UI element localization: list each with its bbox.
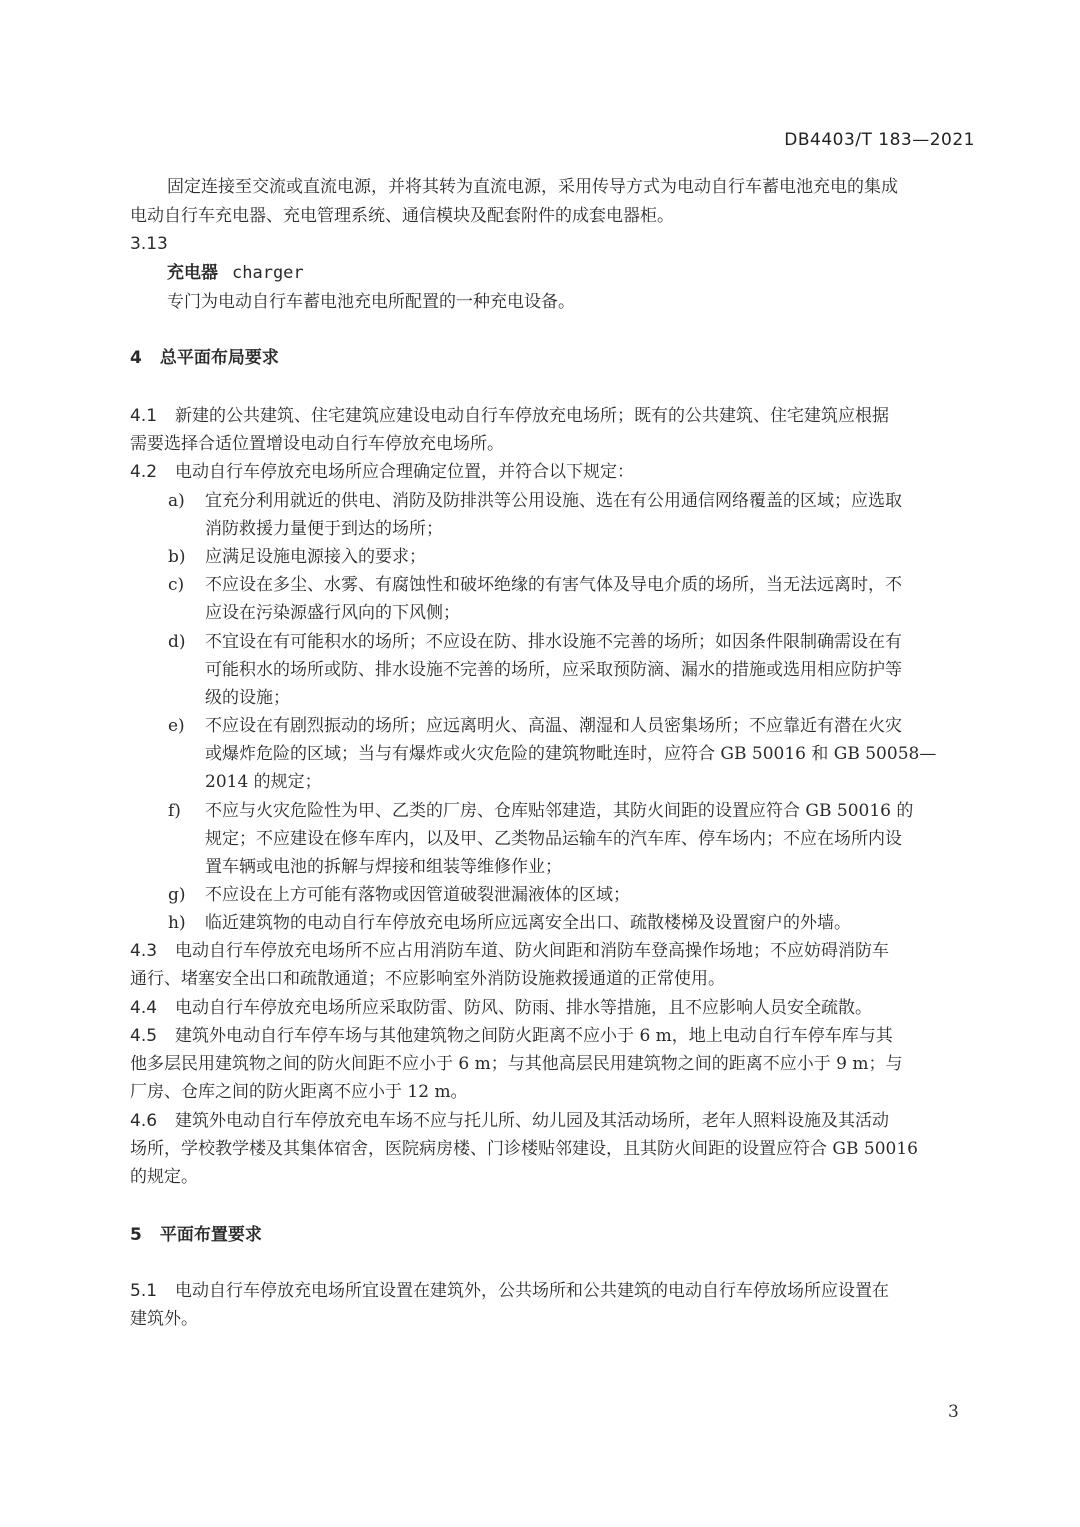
list-item-d: 不宜设在有可能积水的场所；不应设在防、排水设施不完善的场所；如因条件限制确需设在… [205, 631, 902, 653]
list-item-b: 应满足设施电源接入的要求； [205, 546, 426, 568]
clause-4-6: 4.6建筑外电动自行车停放充电车场不应与托儿所、幼儿园及其活动场所，老年人照料设… [130, 1110, 889, 1132]
section-heading-4: 4总平面布局要求 [130, 347, 279, 369]
clause-number: 3.13 [130, 233, 168, 255]
list-item-e-cont: 2014 的规定； [205, 771, 322, 793]
list-label-b: b) [168, 546, 186, 568]
clause-5-1: 5.1电动自行车停放充电场所宜设置在建筑外，公共场所和公共建筑的电动自行车停放场… [130, 1280, 889, 1302]
list-label-g: g) [168, 884, 186, 906]
paragraph-line: 他多层民用建筑物之间的防火间距不应小于 6 m；与其他高层民用建筑物之间的距离不… [130, 1053, 903, 1075]
list-item-c: 不应设在多尘、水雾、有腐蚀性和破坏绝缘的有害气体及导电介质的场所，当无法远离时，… [205, 574, 902, 596]
paragraph-line: 电动自行车充电器、充电管理系统、通信模块及配套附件的成套电器柜。 [130, 205, 674, 227]
paragraph-line: 场所，学校教学楼及其集体宿舍，医院病房楼、门诊楼贴邻建设，且其防火间距的设置应符… [130, 1138, 918, 1160]
paragraph-line: 厂房、仓库之间的防火距离不应小于 12 m。 [130, 1081, 468, 1103]
list-item-f-cont: 置车辆或电池的拆解与焊接和组装等维修作业； [205, 856, 562, 878]
list-item-g: 不应设在上方可能有落物或因管道破裂泄漏液体的区域； [205, 884, 630, 906]
list-label-e: e) [168, 715, 185, 737]
clause-4-3: 4.3电动自行车停放充电场所不应占用消防车道、防火间距和消防车登高操作场地；不应… [130, 940, 889, 962]
clause-4-5: 4.5建筑外电动自行车停车场与其他建筑物之间防火距离不应小于 6 m，地上电动自… [130, 1025, 893, 1047]
list-item-h: 临近建筑物的电动自行车停放充电场所应远离安全出口、疏散楼梯及设置窗户的外墙。 [205, 912, 851, 934]
clause-4-2: 4.2电动自行车停放充电场所应合理确定位置，并符合以下规定： [130, 461, 634, 483]
document-page: DB4403/T 183—2021 固定连接至交流或直流电源，并将其转为直流电源… [0, 0, 1080, 1527]
list-label-d: d) [168, 631, 186, 653]
list-item-e: 不应设在有剧烈振动的场所；应远离明火、高温、潮湿和人员密集场所；不应靠近有潜在火… [205, 715, 902, 737]
clause-4-1: 4.1新建的公共建筑、住宅建筑应建设电动自行车停放充电场所；既有的公共建筑、住宅… [130, 405, 889, 427]
term-definition: 专门为电动自行车蓄电池充电所配置的一种充电设备。 [167, 291, 575, 313]
paragraph-line: 通行、堵塞安全出口和疏散通道；不应影响室外消防设施救援通道的正常使用。 [130, 968, 725, 990]
list-label-f: f) [168, 800, 181, 822]
page-number: 3 [948, 1402, 959, 1422]
section-heading-5: 5平面布置要求 [130, 1224, 262, 1246]
list-item-a-cont: 消防救援力量便于到达的场所； [205, 518, 443, 540]
term-zh: 充电器 [167, 263, 218, 283]
list-label-h: h) [168, 912, 186, 934]
paragraph-line: 建筑外。 [130, 1308, 198, 1330]
paragraph-line: 固定连接至交流或直流电源，并将其转为直流电源，采用传导方式为电动自行车蓄电池充电… [167, 176, 898, 198]
paragraph-line: 需要选择合适位置增设电动自行车停放充电场所。 [130, 433, 504, 455]
term-en: charger [232, 263, 304, 283]
paragraph-line: 的规定。 [130, 1166, 198, 1188]
list-label-c: c) [168, 574, 184, 596]
list-item-f: 不应与火灾危险性为甲、乙类的厂房、仓库贴邻建造，其防火间距的设置应符合 GB 5… [205, 800, 913, 822]
list-label-a: a) [168, 490, 185, 512]
list-item-a: 宜充分利用就近的供电、消防及防排洪等公用设施、选在有公用通信网络覆盖的区域；应选… [205, 490, 902, 512]
clause-4-4: 4.4电动自行车停放充电场所应采取防雷、防风、防雨、排水等措施，且不应影响人员安… [130, 997, 872, 1019]
term-entry: 充电器charger [167, 262, 304, 284]
list-item-d-cont: 可能积水的场所或防、排水设施不完善的场所，应采取预防滴、漏水的措施或选用相应防护… [205, 659, 902, 681]
standard-code: DB4403/T 183—2021 [784, 130, 975, 150]
list-item-d-cont: 级的设施； [205, 687, 290, 709]
list-item-c-cont: 应设在污染源盛行风向的下风侧； [205, 602, 460, 624]
list-item-f-cont: 规定；不应建设在修车库内，以及甲、乙类物品运输车的汽车库、停车场内；不应在场所内… [205, 828, 902, 850]
list-item-e-cont: 或爆炸危险的区域；当与有爆炸或火灾危险的建筑物毗连时，应符合 GB 50016 … [205, 743, 936, 765]
